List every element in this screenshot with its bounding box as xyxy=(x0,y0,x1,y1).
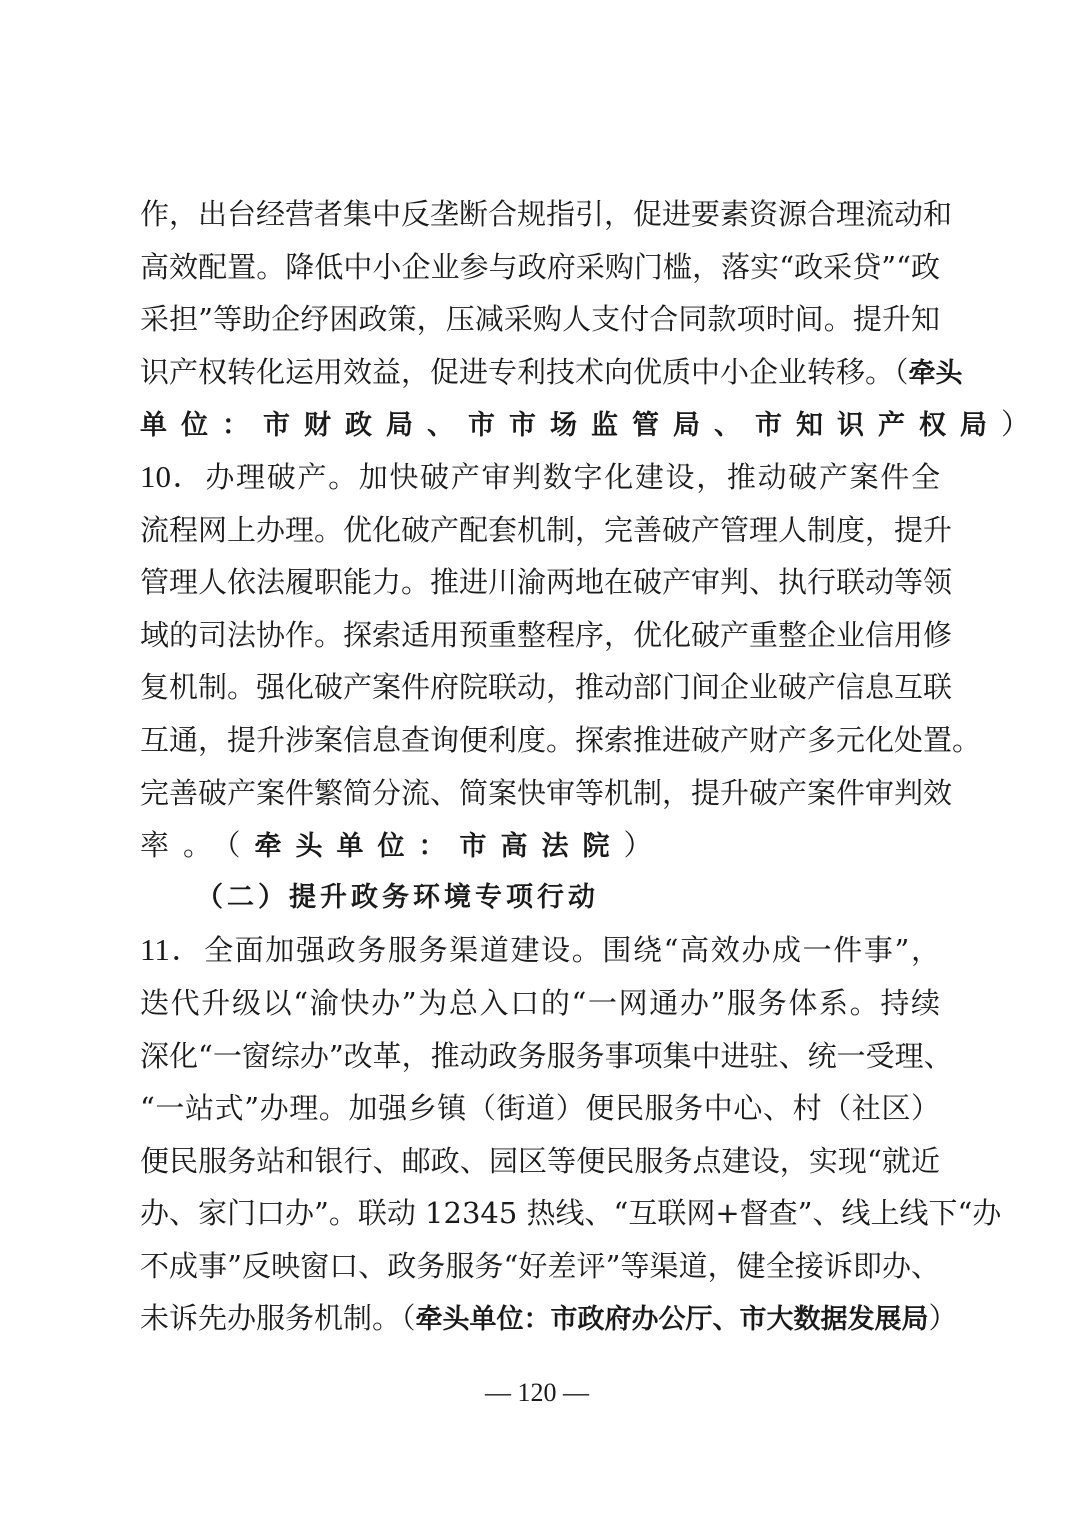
page-number: — 120 — xyxy=(0,1378,1074,1408)
text-line: “一站式”办理。加强乡镇（街道）便民服务中心、村（社区） xyxy=(140,1082,940,1135)
text-segment: 流程网上办理。优化破产配套机制，完善破产管理人制度，提升 xyxy=(140,513,952,547)
section-heading: （二）提升政务环境专项行动 xyxy=(140,872,940,925)
text-segment: 迭代升级以“渝快办”为总入口的“一网通办”服务体系。持续 xyxy=(140,986,940,1020)
item-11-title-line: 11．全面加强政务服务渠道建设。围绕“高效办成一件事”， xyxy=(140,924,940,977)
text-line: 迭代升级以“渝快办”为总入口的“一网通办”服务体系。持续 xyxy=(140,977,940,1030)
lead-unit-line: 未诉先办服务机制。（牵头单位：市政府办公厅、市大数据发展局） xyxy=(140,1292,940,1345)
text-line: 域的司法协作。探索适用预重整程序，优化破产重整企业信用修 xyxy=(140,609,940,662)
text-segment: 10． xyxy=(140,459,205,494)
document-page: 作，出台经营者集中反垄断合规指引，促进要素资源合理流动和 高效配置。降低中小企业… xyxy=(0,0,1074,1520)
text-segment: 采担”等助企纾困政策，压减采购人支付合同款项时间。提升知 xyxy=(140,302,940,336)
text-line: 便民服务站和银行、邮政、园区等便民服务点建设，实现“就近 xyxy=(140,1135,940,1188)
text-segment: 未诉先办服务机制。（ xyxy=(140,1301,416,1335)
text-line: 办、家门口办”。联动 12345 热线、“互联网+督查”、线上线下“办 xyxy=(140,1187,940,1240)
lead-unit-text: 牵头单位：市高法院 xyxy=(255,831,624,862)
text-segment: 11． xyxy=(140,932,204,967)
text-line: 深化“一窗综办”改革，推动政务服务事项集中进驻、统一受理、 xyxy=(140,1030,940,1083)
text-segment: 互通，提升涉案信息查询便利度。探索推进破产财产多元化处置。 xyxy=(140,723,981,757)
text-segment: 完善破产案件繁简分流、简案快审等机制，提升破产案件审判效 xyxy=(140,776,952,810)
text-line: 管理人依法履职能力。推进川渝两地在破产审判、执行联动等领 xyxy=(140,556,940,609)
text-segment: 作，出台经营者集中反垄断合规指引，促进要素资源合理流动和 xyxy=(140,197,952,231)
text-segment: 管理人依法履职能力。推进川渝两地在破产审判、执行联动等领 xyxy=(140,565,952,599)
text-line: 互通，提升涉案信息查询便利度。探索推进破产财产多元化处置。 xyxy=(140,714,940,767)
text-segment: ） xyxy=(1001,407,1044,441)
text-segment: 高效配置。降低中小企业参与政府采购门槛，落实“政采贷”“政 xyxy=(140,250,940,284)
text-segment: 复机制。强化破产案件府院联动，推动部门间企业破产信息互联 xyxy=(140,670,952,704)
text-segment: 率。（ xyxy=(140,828,255,862)
lead-unit-line: 单位：市财政局、市市场监管局、市知识产权局） xyxy=(140,398,940,451)
text-segment: ） xyxy=(929,1301,958,1335)
text-line: 识产权转化运用效益，促进专利技术向优质中小企业转移。（牵头 xyxy=(140,346,940,399)
text-segment: 域的司法协作。探索适用预重整程序，优化破产重整企业信用修 xyxy=(140,618,952,652)
text-segment: “一站式”办理。加强乡镇（街道）便民服务中心、村（社区） xyxy=(140,1091,940,1125)
text-line: 完善破产案件繁简分流、简案快审等机制，提升破产案件审判效 xyxy=(140,767,940,820)
item-10-title-line: 10．办理破产。加快破产审判数字化建设，推动破产案件全 xyxy=(140,451,940,504)
text-segment: 深化“一窗综办”改革，推动政务服务事项集中进驻、统一受理、 xyxy=(140,1039,953,1073)
text-line: 高效配置。降低中小企业参与政府采购门槛，落实“政采贷”“政 xyxy=(140,241,940,294)
text-segment: ） xyxy=(624,828,667,862)
text-line: 作，出台经营者集中反垄断合规指引，促进要素资源合理流动和 xyxy=(140,188,940,241)
text-line: 流程网上办理。优化破产配套机制，完善破产管理人制度，提升 xyxy=(140,504,940,557)
text-segment: 办理破产。加快破产审判数字化建设，推动破产案件全 xyxy=(205,460,940,494)
text-line: 采担”等助企纾困政策，压减采购人支付合同款项时间。提升知 xyxy=(140,293,940,346)
lead-unit-line: 率。（牵头单位：市高法院） xyxy=(140,819,940,872)
lead-unit-text: 单位：市财政局、市市场监管局、市知识产权局 xyxy=(140,410,1001,441)
text-segment: 全面加强政务服务渠道建设。围绕“高效办成一件事”， xyxy=(204,933,940,967)
body-text: 作，出台经营者集中反垄断合规指引，促进要素资源合理流动和 高效配置。降低中小企业… xyxy=(140,188,940,1345)
text-segment: 便民服务站和银行、邮政、园区等便民服务点建设，实现“就近 xyxy=(140,1144,940,1178)
lead-unit-text: 牵头单位：市政府办公厅、市大数据发展局 xyxy=(416,1304,929,1335)
lead-unit-text: 牵头 xyxy=(909,358,963,389)
text-segment: 不成事”反映窗口、政务服务“好差评”等渠道，健全接诉即办、 xyxy=(140,1249,940,1283)
text-line: 复机制。强化破产案件府院联动，推动部门间企业破产信息互联 xyxy=(140,661,940,714)
text-line: 不成事”反映窗口、政务服务“好差评”等渠道，健全接诉即办、 xyxy=(140,1240,940,1293)
text-segment: 办、家门口办”。联动 12345 热线、“互联网+督查”、线上线下“办 xyxy=(140,1196,1001,1230)
text-segment: 识产权转化运用效益，促进专利技术向优质中小企业转移。（ xyxy=(140,355,909,389)
